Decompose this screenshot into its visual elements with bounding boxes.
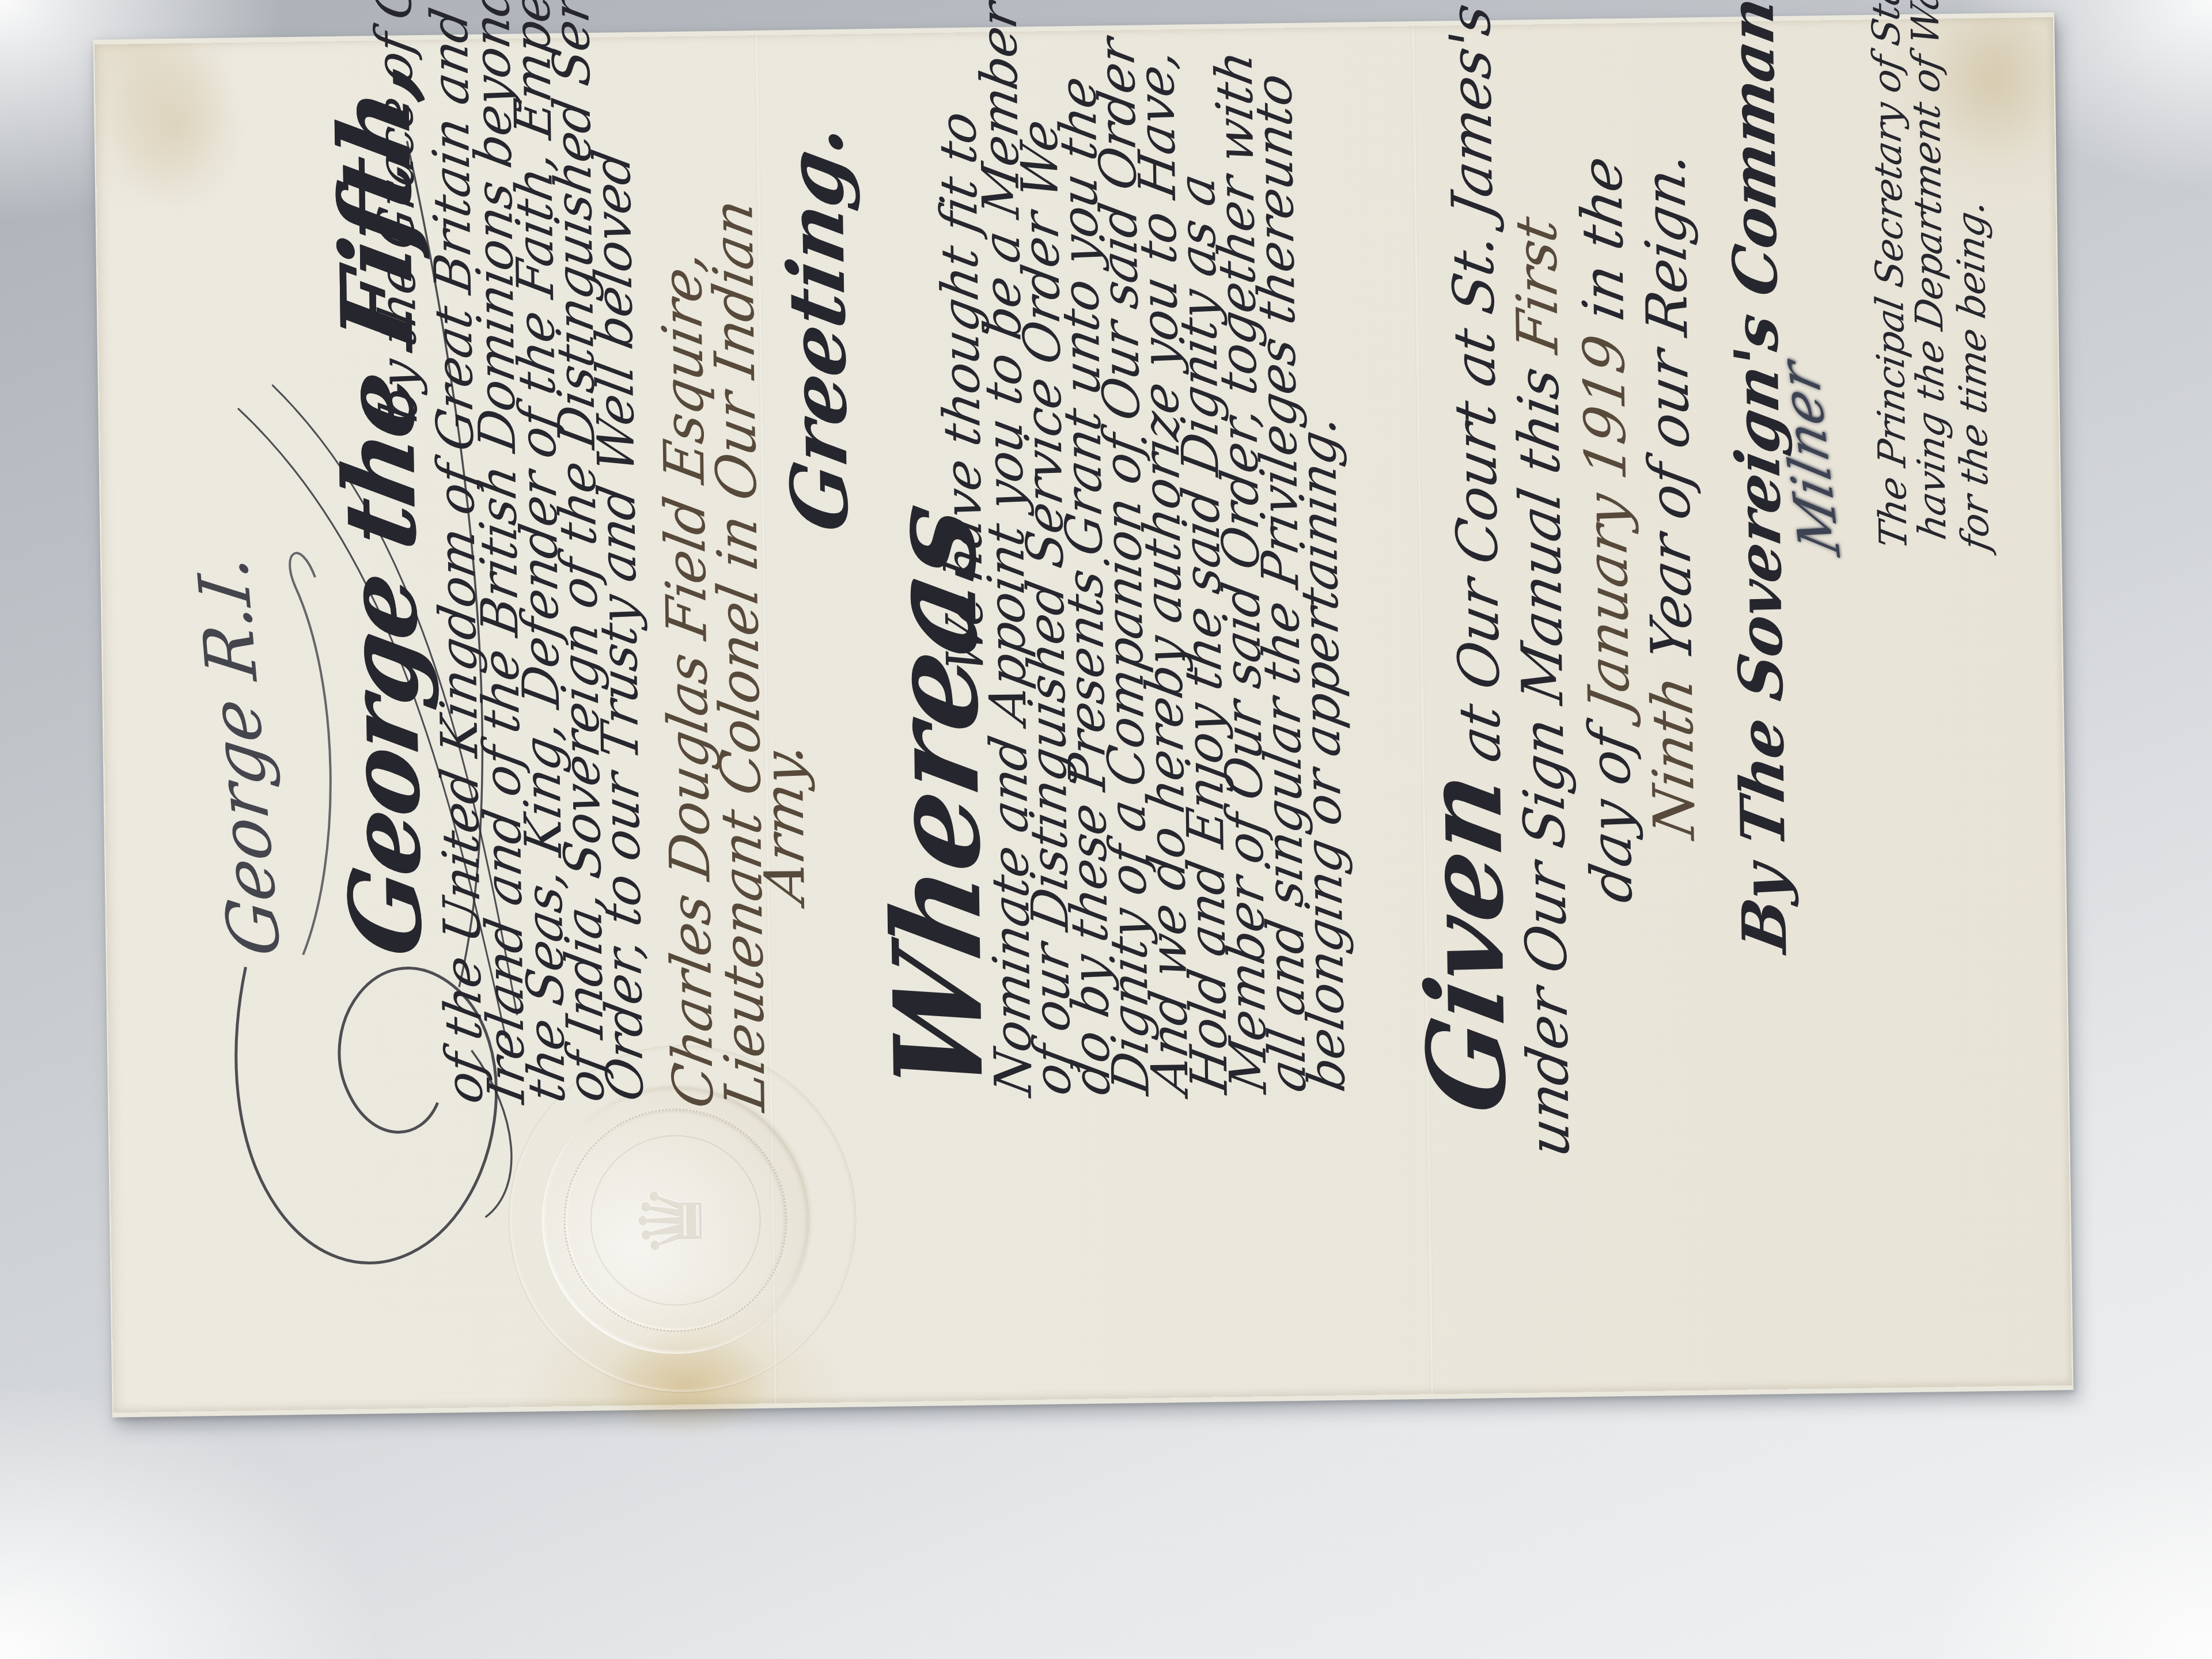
heading-grace: by the Grace of God (362, 0, 429, 426)
certificate-paper: ♛ George R.I. George the Fifth, by the G… (93, 12, 2073, 1417)
certificate-document: ♛ George R.I. George the Fifth, by the G… (94, 17, 2072, 1412)
body-line: belonging or appertaining. (1287, 411, 1357, 1096)
secretary-note-line: for the time being. (1948, 197, 1998, 554)
preamble-line: Order, to our Trusty and Well beloved (582, 146, 655, 1105)
month-year-handwritten: January 1919 (1571, 331, 1642, 719)
in-the-text: in the (1569, 152, 1638, 343)
secretary-note-line: having the Department of War (1902, 0, 1955, 543)
year-of-reign-text: Year of our Reign. (1633, 147, 1706, 683)
addressee-service: Army. (751, 738, 817, 907)
dating-line-4: Ninth Year of our Reign. (1633, 147, 1708, 843)
given-word: Given (1400, 763, 1531, 1122)
crown-emblem-icon: ♛ (620, 1086, 724, 1354)
addressee-rank: Lieutenant Colonel in Our Indian (700, 195, 778, 1115)
regnal-year-handwritten: Ninth (1640, 671, 1708, 843)
day-word-handwritten: First (1503, 213, 1571, 357)
dating-line-1-rest: at Our Court at St. James's (1437, 0, 1514, 784)
day-of-text: day of (1577, 707, 1645, 907)
photo-background: ♛ George R.I. George the Fifth, by the G… (0, 0, 2212, 1659)
dating-line-2: under Our Sign Manual this First (1503, 213, 1582, 1161)
sign-manual-text: under Our Sign Manual this (1506, 346, 1583, 1162)
salutation: Greeting. (768, 117, 866, 538)
